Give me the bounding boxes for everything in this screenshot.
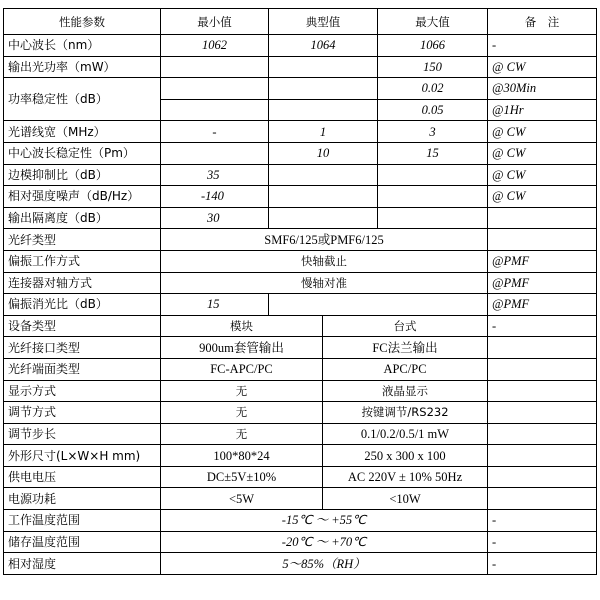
- min-value: 35: [161, 164, 269, 186]
- table-row: 功率稳定性（dB） 0.02 @30Min: [4, 78, 597, 100]
- typ-value: 10: [269, 142, 378, 164]
- min-value: 1062: [161, 35, 269, 57]
- note-value: [488, 229, 597, 251]
- range-value: 5～85%（RH）: [161, 553, 488, 575]
- note-value: @ CW: [488, 164, 597, 186]
- typ-value: [269, 207, 378, 229]
- min-value: -140: [161, 186, 269, 208]
- module-value: 无: [161, 423, 323, 445]
- param-label: 偏振消光比（dB）: [4, 294, 161, 316]
- max-value: [378, 164, 488, 186]
- table-row: 相对强度噪声（dB/Hz） -140 @ CW: [4, 186, 597, 208]
- header-typ: 典型值: [269, 9, 378, 35]
- param-label: 调节方式: [4, 402, 161, 424]
- note-value: @ CW: [488, 142, 597, 164]
- table-row: 输出隔离度（dB） 30: [4, 207, 597, 229]
- table-row: 光纤端面类型 FC-APC/PC APC/PC: [4, 358, 597, 380]
- max-value: 150: [378, 56, 488, 78]
- min-value: [161, 142, 269, 164]
- max-value: [378, 186, 488, 208]
- note-value: [488, 358, 597, 380]
- param-label: 相对强度噪声（dB/Hz）: [4, 186, 161, 208]
- note-value: [488, 337, 597, 359]
- table-row: 电源功耗 <5W <10W: [4, 488, 597, 510]
- max-value: 1066: [378, 35, 488, 57]
- module-value: FC-APC/PC: [161, 358, 323, 380]
- polarization-mode-value: 快轴截止: [161, 250, 488, 272]
- module-value: 模块: [161, 315, 323, 337]
- table-header-row: 性能参数 最小值 典型值 最大值 备 注: [4, 9, 597, 35]
- benchtop-value: <10W: [323, 488, 488, 510]
- min-value: -: [161, 121, 269, 143]
- header-max: 最大值: [378, 9, 488, 35]
- header-min: 最小值: [161, 9, 269, 35]
- min-value: 30: [161, 207, 269, 229]
- note-value: [488, 488, 597, 510]
- max-value: [378, 207, 488, 229]
- note-value: -: [488, 510, 597, 532]
- max-value: 3: [378, 121, 488, 143]
- table-row: 光谱线宽（MHz） - 1 3 @ CW: [4, 121, 597, 143]
- note-value: [488, 445, 597, 467]
- note-value: [488, 466, 597, 488]
- param-label: 中心波长稳定性（Pm）: [4, 142, 161, 164]
- benchtop-value: AC 220V ± 10% 50Hz: [323, 466, 488, 488]
- note-value: [488, 380, 597, 402]
- table-row: 偏振工作方式 快轴截止 @PMF: [4, 250, 597, 272]
- spec-table: 性能参数 最小值 典型值 最大值 备 注 中心波长（nm） 1062 1064 …: [3, 8, 597, 575]
- note-value: @PMF: [488, 294, 597, 316]
- param-label: 光纤类型: [4, 229, 161, 251]
- min-value: 15: [161, 294, 269, 316]
- module-value: 900um套管输出: [161, 337, 323, 359]
- table-row: 中心波长稳定性（Pm） 10 15 @ CW: [4, 142, 597, 164]
- note-value: @30Min: [488, 78, 597, 100]
- note-value: -: [488, 553, 597, 575]
- param-label: 光纤端面类型: [4, 358, 161, 380]
- module-value: 无: [161, 380, 323, 402]
- table-row: 工作温度范围 -15℃ ～ +55℃ -: [4, 510, 597, 532]
- table-row: 调节方式 无 按键调节/RS232: [4, 402, 597, 424]
- note-value: @ CW: [488, 56, 597, 78]
- param-label: 工作温度范围: [4, 510, 161, 532]
- table-row: 设备类型 模块 台式 -: [4, 315, 597, 337]
- benchtop-value: 液晶显示: [323, 380, 488, 402]
- max-value: 0.02: [378, 78, 488, 100]
- max-value: 0.05: [378, 99, 488, 121]
- param-label: 偏振工作方式: [4, 250, 161, 272]
- table-row: 光纤接口类型 900um套管输出 FC法兰输出: [4, 337, 597, 359]
- note-value: @1Hr: [488, 99, 597, 121]
- module-value: <5W: [161, 488, 323, 510]
- param-label: 输出光功率（mW）: [4, 56, 161, 78]
- module-value: 100*80*24: [161, 445, 323, 467]
- benchtop-value: 台式: [323, 315, 488, 337]
- note-value: @ CW: [488, 186, 597, 208]
- typ-value: [269, 164, 378, 186]
- typ-value: [269, 78, 378, 100]
- max-value: 15: [378, 142, 488, 164]
- table-row: 边模抑制比（dB） 35 @ CW: [4, 164, 597, 186]
- fiber-type-value: SMF6/125或PMF6/125: [161, 229, 488, 251]
- table-row: 供电电压 DC±5V±10% AC 220V ± 10% 50Hz: [4, 466, 597, 488]
- param-label: 光谱线宽（MHz）: [4, 121, 161, 143]
- min-value: [161, 56, 269, 78]
- param-label: 连接器对轴方式: [4, 272, 161, 294]
- note-value: @PMF: [488, 250, 597, 272]
- table-row: 外形尺寸(L×W×H mm) 100*80*24 250 x 300 x 100: [4, 445, 597, 467]
- table-row: 显示方式 无 液晶显示: [4, 380, 597, 402]
- table-row: 储存温度范围 -20℃ ～ +70℃ -: [4, 531, 597, 553]
- note-value: @ CW: [488, 121, 597, 143]
- typ-value: [269, 99, 378, 121]
- param-label: 显示方式: [4, 380, 161, 402]
- table-row: 偏振消光比（dB） 15 @PMF: [4, 294, 597, 316]
- connector-alignment-value: 慢轴对准: [161, 272, 488, 294]
- param-label: 功率稳定性（dB）: [4, 78, 161, 121]
- note-value: [488, 423, 597, 445]
- table-row: 调节步长 无 0.1/0.2/0.5/1 mW: [4, 423, 597, 445]
- table-row: 中心波长（nm） 1062 1064 1066 -: [4, 35, 597, 57]
- benchtop-value: 按键调节/RS232: [323, 402, 488, 424]
- param-label: 调节步长: [4, 423, 161, 445]
- note-value: -: [488, 531, 597, 553]
- note-value: -: [488, 315, 597, 337]
- table-row: 连接器对轴方式 慢轴对准 @PMF: [4, 272, 597, 294]
- param-label: 输出隔离度（dB）: [4, 207, 161, 229]
- min-value: [161, 99, 269, 121]
- benchtop-value: 250 x 300 x 100: [323, 445, 488, 467]
- param-label: 储存温度范围: [4, 531, 161, 553]
- note-value: @PMF: [488, 272, 597, 294]
- param-label: 边模抑制比（dB）: [4, 164, 161, 186]
- range-value: -20℃ ～ +70℃: [161, 531, 488, 553]
- param-label: 光纤接口类型: [4, 337, 161, 359]
- module-value: 无: [161, 402, 323, 424]
- param-label: 外形尺寸(L×W×H mm): [4, 445, 161, 467]
- typ-value: 1: [269, 121, 378, 143]
- typ-value: [269, 186, 378, 208]
- header-param: 性能参数: [4, 9, 161, 35]
- param-label: 电源功耗: [4, 488, 161, 510]
- min-value: [161, 78, 269, 100]
- module-value: DC±5V±10%: [161, 466, 323, 488]
- header-note: 备 注: [488, 9, 597, 35]
- benchtop-value: APC/PC: [323, 358, 488, 380]
- typ-value: [269, 56, 378, 78]
- table-row: 相对湿度 5～85%（RH） -: [4, 553, 597, 575]
- param-label: 供电电压: [4, 466, 161, 488]
- empty-value: [269, 294, 488, 316]
- note-value: -: [488, 35, 597, 57]
- benchtop-value: FC法兰输出: [323, 337, 488, 359]
- benchtop-value: 0.1/0.2/0.5/1 mW: [323, 423, 488, 445]
- table-row: 输出光功率（mW） 150 @ CW: [4, 56, 597, 78]
- note-value: [488, 207, 597, 229]
- param-label: 中心波长（nm）: [4, 35, 161, 57]
- param-label: 设备类型: [4, 315, 161, 337]
- param-label: 相对湿度: [4, 553, 161, 575]
- table-row: 光纤类型 SMF6/125或PMF6/125: [4, 229, 597, 251]
- range-value: -15℃ ～ +55℃: [161, 510, 488, 532]
- note-value: [488, 402, 597, 424]
- typ-value: 1064: [269, 35, 378, 57]
